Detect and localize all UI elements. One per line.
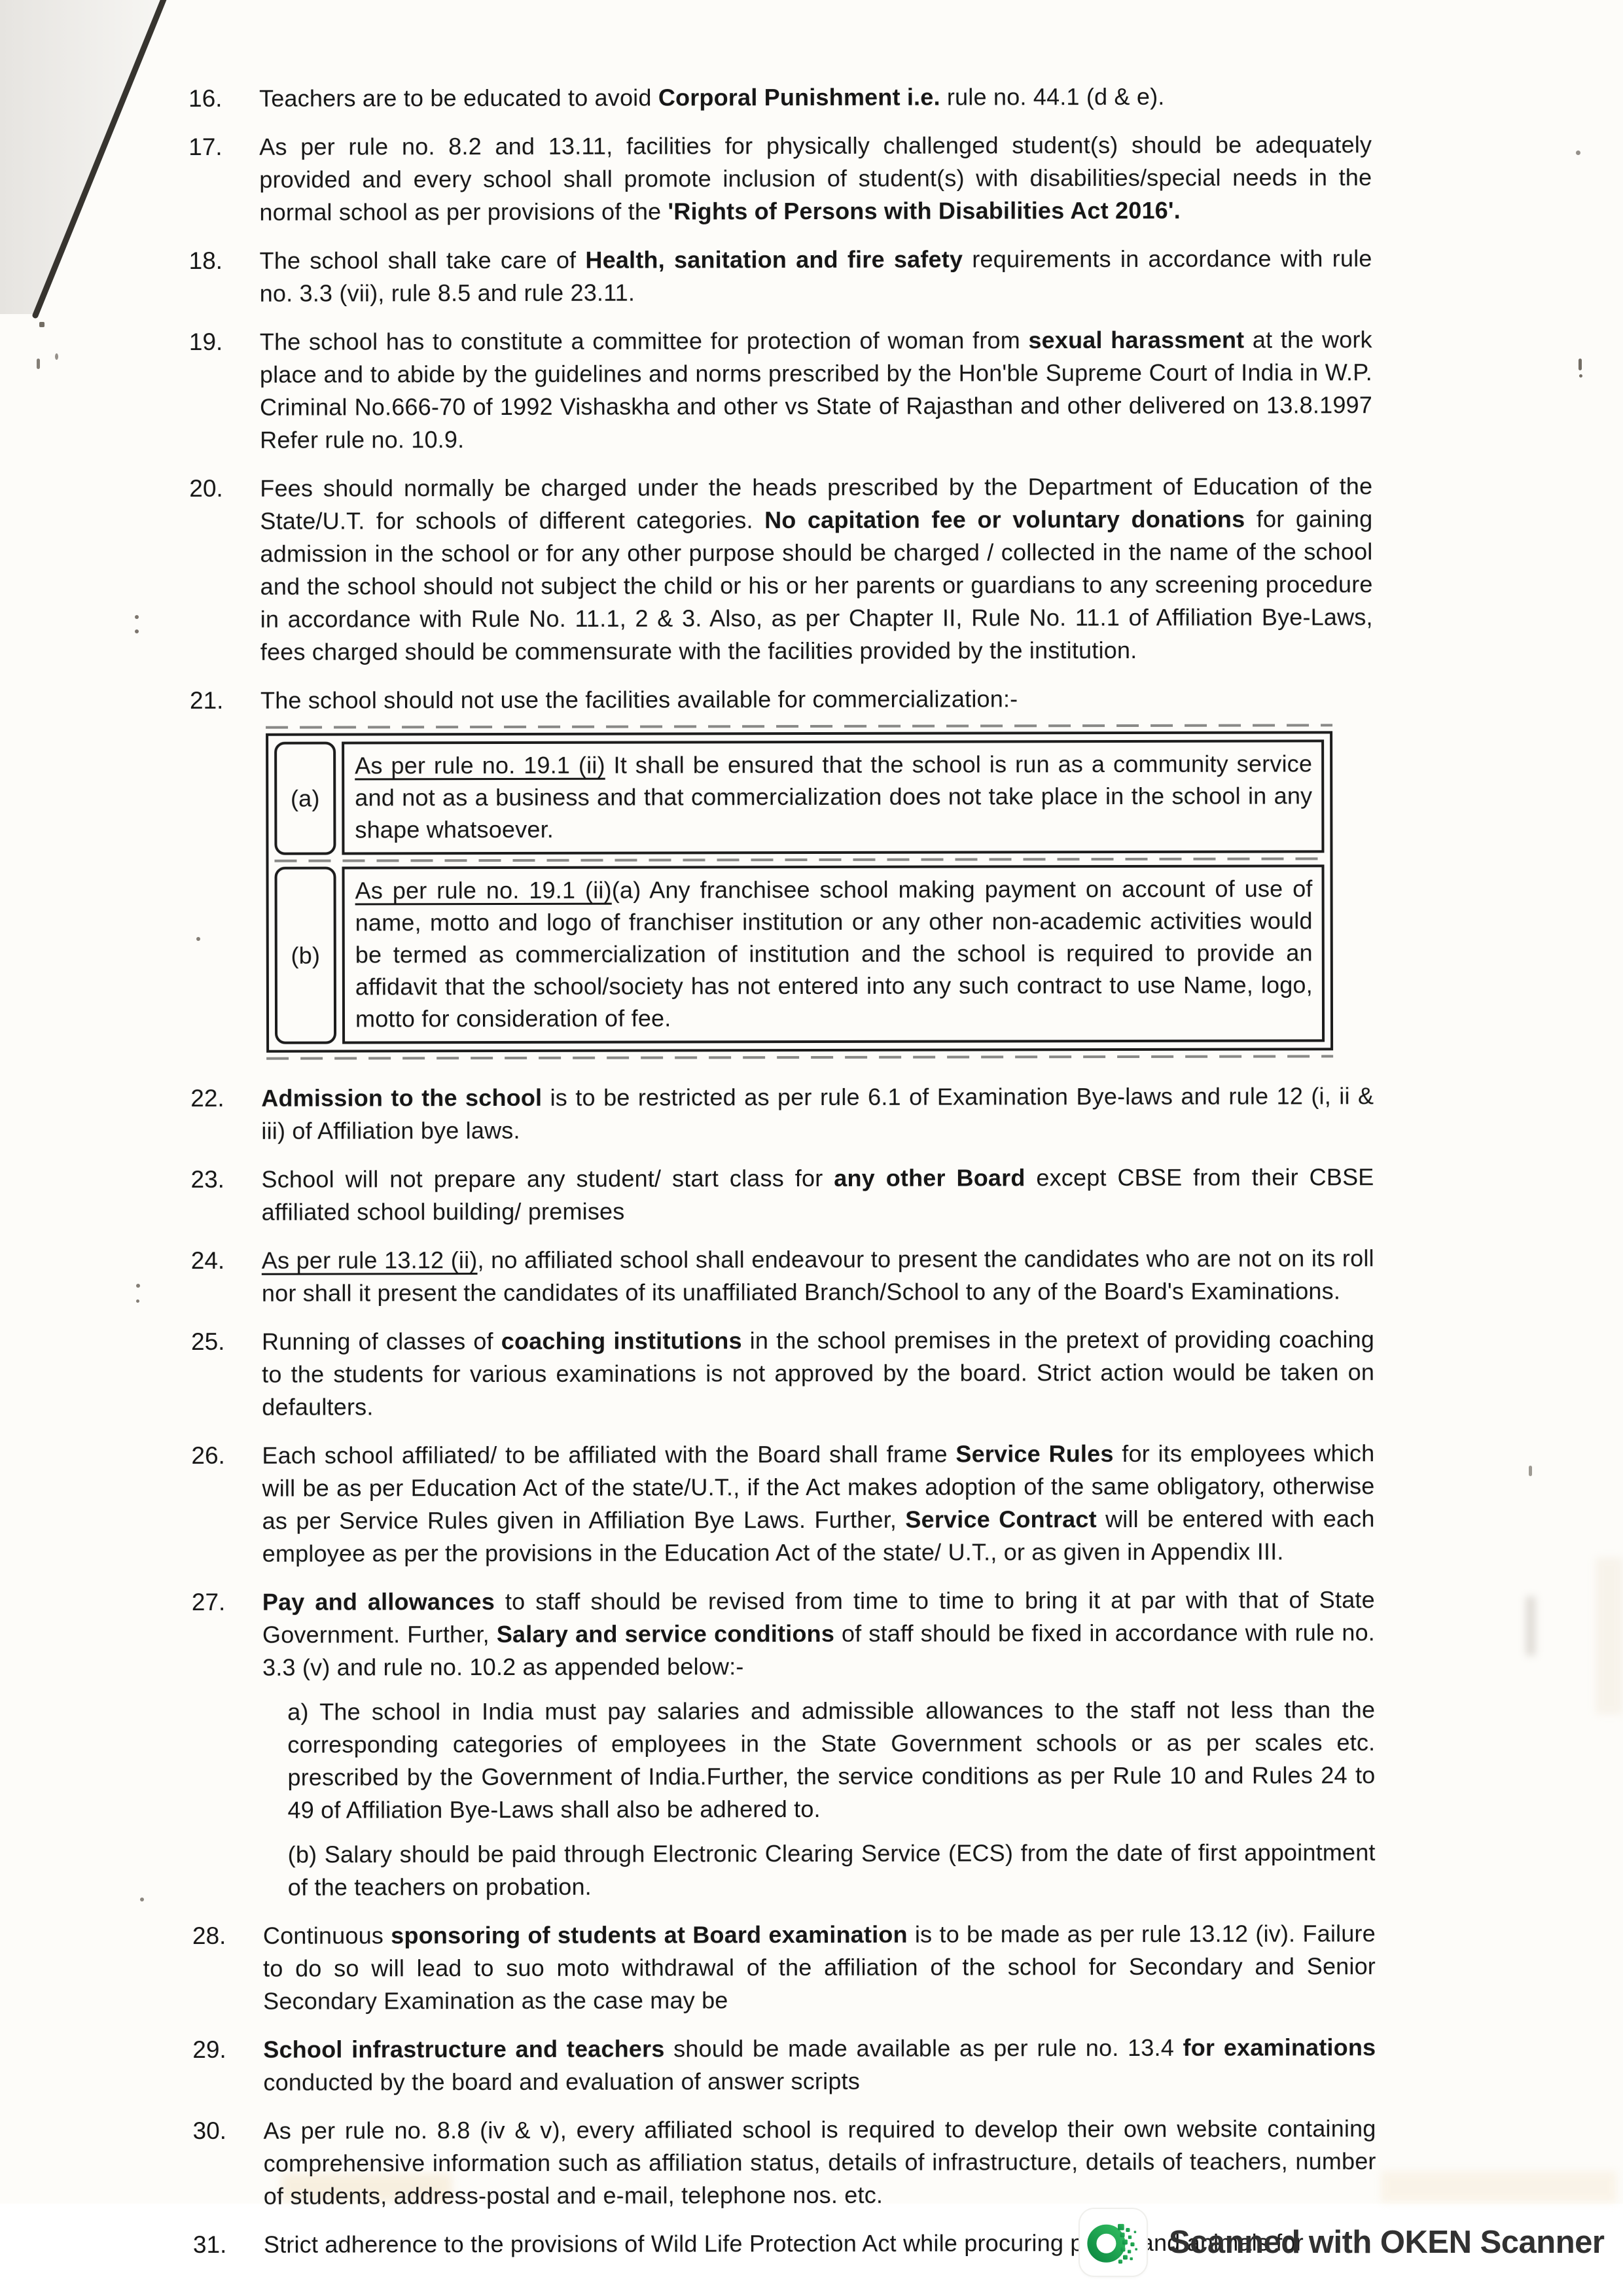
item-number: 29.: [192, 2034, 263, 2099]
scan-speckle: [1579, 374, 1582, 378]
text-segment: School infrastructure and teachers: [263, 2035, 664, 2062]
item-number: 27.: [192, 1586, 263, 1904]
text-segment: Each school affiliated/ to be affiliated…: [262, 1441, 955, 1469]
text-segment: Running of classes of: [262, 1328, 501, 1355]
scan-speckle: [1578, 359, 1582, 370]
text-segment: (b) Salary should be paid through Electr…: [288, 1839, 1376, 1900]
scan-speckle: [135, 629, 139, 633]
table-row: (a) As per rule no. 19.1 (ii) It shall b…: [274, 739, 1324, 855]
list-item: 17. As per rule no. 8.2 and 13.11, facil…: [188, 128, 1374, 229]
text-segment: rule no. 44.1 (d & e).: [940, 83, 1165, 111]
page-fold-artifact: [0, 0, 209, 340]
item-text: Fees should normally be charged under th…: [260, 470, 1373, 669]
list-item: 28. Continuous sponsoring of students at…: [192, 1917, 1378, 2018]
item-number: 28.: [192, 1920, 263, 2018]
scan-speckle: [135, 615, 139, 619]
text-segment: Corporal Punishment i.e.: [658, 84, 940, 111]
item-text: Admission to the school is to be restric…: [261, 1080, 1374, 1148]
text-segment: Service Rules: [955, 1440, 1113, 1468]
item-text: Pay and allowances to staff should be re…: [262, 1583, 1376, 1904]
text-segment: coaching institutions: [501, 1327, 742, 1354]
scan-speckle: [55, 353, 58, 360]
scan-speckle: [39, 322, 45, 327]
item-text: As per rule no. 8.2 and 13.11, facilitie…: [259, 128, 1372, 229]
scan-speckle: [1576, 150, 1580, 155]
item-text: School will not prepare any student/ sta…: [261, 1161, 1374, 1229]
text-segment: any other Board: [834, 1164, 1025, 1192]
text-segment: As per rule no. 8.8 (iv & v), every affi…: [264, 2115, 1376, 2210]
table-row-text: As per rule no. 19.1 (ii) It shall be en…: [342, 739, 1324, 855]
item-text: Teachers are to be educated to avoid Cor…: [259, 80, 1372, 115]
scanned-document-page: 16. Teachers are to be educated to avoid…: [0, 0, 1623, 2296]
item-number: 26.: [191, 1439, 262, 1570]
scan-ghost-line: [266, 1055, 1333, 1059]
text-segment: School will not prepare any student/ sta…: [261, 1165, 834, 1193]
list-item: 20. Fees should normally be charged unde…: [189, 470, 1376, 669]
scan-smudge: [1381, 2171, 1616, 2202]
list-item: 29. School infrastructure and teachers s…: [192, 2031, 1378, 2099]
scan-ghost-line: [266, 724, 1332, 728]
commercialization-table: (a) As per rule no. 19.1 (ii) It shall b…: [266, 724, 1374, 1060]
text-segment: As per rule 13.12 (ii): [262, 1246, 478, 1274]
list-item: 16. Teachers are to be educated to avoid…: [188, 80, 1374, 115]
item-number: 21.: [190, 684, 261, 1067]
table-row-label: (a): [274, 742, 336, 855]
text-segment: As per rule no. 19.1 (ii): [355, 752, 605, 779]
text-segment: The school should not use the facilities…: [260, 685, 1018, 713]
item-number: 19.: [189, 326, 260, 457]
list-item: 18. The school shall take care of Health…: [189, 242, 1375, 310]
text-segment: The school shall take care of: [260, 247, 586, 274]
oken-logo-icon: [1084, 2214, 1142, 2271]
item-number: 18.: [189, 245, 260, 310]
text-segment: a) The school in India must pay salaries…: [287, 1696, 1375, 1823]
item-number: 31.: [193, 2229, 264, 2261]
scan-smudge: [1596, 1557, 1623, 1714]
text-segment: As per rule no. 19.1 (ii): [355, 877, 612, 904]
text-segment: Admission to the school: [261, 1084, 542, 1112]
text-segment: Health, sanitation and fire safety: [585, 246, 963, 274]
item-text: The school shall take care of Health, sa…: [260, 242, 1372, 310]
item-text: The school should not use the facilities…: [260, 682, 1374, 1067]
item-number: 17.: [188, 131, 259, 229]
item-number: 25.: [191, 1326, 262, 1424]
item-text: School infrastructure and teachers shoul…: [263, 2031, 1376, 2099]
item-text: Running of classes of coaching instituti…: [262, 1323, 1374, 1424]
text-segment: Salary and service conditions: [497, 1620, 834, 1648]
list-item: 30. As per rule no. 8.8 (iv & v), every …: [193, 2112, 1379, 2213]
item-number: 16.: [188, 82, 259, 115]
text-segment: 'Rights of Persons with Disabilities Act…: [668, 197, 1180, 225]
list-item: 21. The school should not use the facili…: [190, 682, 1376, 1067]
item-number: 22.: [190, 1082, 261, 1148]
text-segment: Teachers are to be educated to avoid: [259, 84, 658, 111]
scan-speckle: [136, 1284, 140, 1288]
list-item: 25. Running of classes of coaching insti…: [191, 1323, 1377, 1424]
list-item: 19. The school has to constitute a commi…: [189, 323, 1375, 457]
table-outer-border: (a) As per rule no. 19.1 (ii) It shall b…: [266, 731, 1333, 1052]
scan-speckle: [140, 1898, 144, 1901]
sub-paragraph: (b) Salary should be paid through Electr…: [288, 1836, 1376, 1903]
text-segment: Service Contract: [905, 1506, 1096, 1533]
item-text: As per rule 13.12 (ii), no affiliated sc…: [262, 1242, 1374, 1310]
text-segment: sexual harassment: [1028, 327, 1244, 354]
table-row-text: As per rule no. 19.1 (ii)(a) Any franchi…: [342, 864, 1325, 1044]
scanner-footer-text: Scanned with OKEN Scanner: [1169, 2224, 1605, 2261]
text-segment: Pay and allowances: [262, 1588, 495, 1616]
table-row: (b) As per rule no. 19.1 (ii)(a) Any fra…: [275, 864, 1325, 1044]
scan-smudge: [1526, 1597, 1535, 1655]
item-text: Continuous sponsoring of students at Boa…: [263, 1917, 1376, 2018]
scan-speckle: [136, 1299, 139, 1303]
table-row-label: (b): [275, 867, 337, 1044]
text-segment: sponsoring of students at Board examinat…: [391, 1921, 908, 1949]
item-text: The school has to constitute a committee…: [260, 323, 1372, 457]
list-item: 22. Admission to the school is to be res…: [190, 1080, 1376, 1148]
item-text: Each school affiliated/ to be affiliated…: [262, 1437, 1374, 1570]
list-item: 24. As per rule 13.12 (ii), no affiliate…: [191, 1242, 1377, 1310]
text-segment: conducted by the board and evaluation of…: [263, 2068, 860, 2096]
item-number: 24.: [191, 1245, 262, 1310]
text-segment: should be made available as per rule no.…: [664, 2034, 1183, 2062]
scan-ghost-line: [274, 857, 1324, 862]
sub-paragraph: a) The school in India must pay salaries…: [287, 1693, 1375, 1826]
scan-sheet: 16. Teachers are to be educated to avoid…: [0, 0, 1623, 2204]
list-item: 27. Pay and allowances to staff should b…: [192, 1583, 1378, 1904]
scan-speckle: [37, 359, 40, 369]
rules-list: 16. Teachers are to be educated to avoid…: [188, 80, 1379, 2277]
item-number: 30.: [193, 2115, 264, 2213]
text-segment: for examinations: [1183, 2034, 1376, 2061]
scanner-footer: Scanned with OKEN Scanner: [1080, 2209, 1605, 2276]
item-text: As per rule no. 8.8 (iv & v), every affi…: [264, 2112, 1376, 2213]
oken-scanner-logo: [1080, 2209, 1147, 2276]
list-item: 23. School will not prepare any student/…: [190, 1161, 1376, 1229]
item-number: 23.: [190, 1163, 261, 1229]
text-segment: The school has to constitute a committee…: [260, 327, 1029, 355]
item-number: 20.: [189, 472, 260, 669]
scan-speckle: [1529, 1466, 1532, 1476]
text-segment: No capitation fee or voluntary donations: [764, 506, 1245, 534]
text-segment: Continuous: [263, 1922, 391, 1949]
list-item: 26. Each school affiliated/ to be affili…: [191, 1437, 1377, 1570]
